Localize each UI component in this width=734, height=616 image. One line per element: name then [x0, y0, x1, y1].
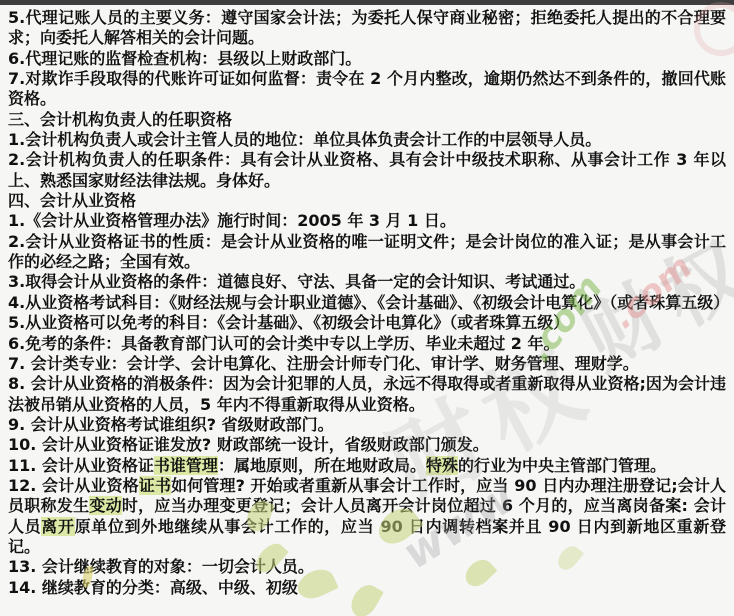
paragraph: 三、会计机构负责人的任职资格 — [8, 110, 726, 130]
paragraph: 2.会计机构负责人的任职条件：具有会计从业资格、具有会计中级技术职称、从事会计工… — [8, 150, 726, 191]
text-segment: 7. 会计类专业：会计学、会计电算化、注册会计师专门化、审计学、财务管理、理财学… — [8, 354, 639, 373]
text-segment: 的行业为中央主管部门管理。 — [458, 456, 666, 475]
paragraph: 6.免考的条件：具备教育部门认可的会计类中专以上学历、毕业未超过 2 年。 — [8, 334, 726, 354]
text-segment: 三、会计机构负责人的任职资格 — [8, 110, 232, 129]
document-body: 5.代理记账人员的主要义务：遵守国家会计法；为委托人保守商业秘密；拒绝委托人提出… — [0, 5, 734, 598]
text-segment: 1.《会计从业资格管理办法》施行时间：2005 年 3 月 1 日。 — [8, 211, 456, 230]
paragraph: 3.取得会计从业资格的条件：道德良好、守法、具备一定的会计知识、考试通过。 — [8, 272, 726, 292]
paragraph: 10. 会计从业资格证谁发放? 财政部统一设计，省级财政部门颁发。 — [8, 435, 726, 455]
paragraph: 4.从业资格考试科目：《财经法规与会计职业道德》、《会计基础》、《初级会计电算化… — [8, 293, 726, 313]
paragraph: 13. 会计继续教育的对象：一切会计人员。 — [8, 557, 726, 577]
text-segment: 7.对欺诈手段取得的代账许可证如何监督：责令在 2 个月内整改，逾期仍然达不到条… — [8, 69, 726, 108]
highlighted-text: 变动 — [89, 496, 122, 515]
text-segment: 8. 会计从业资格的消极条件：因为会计犯罪的人员，永远不得取得或者重新取得从业资… — [8, 374, 726, 413]
paragraph: 四、会计从业资格 — [8, 191, 726, 211]
highlighted-text: 证书 — [139, 476, 171, 495]
paragraph: 7.对欺诈手段取得的代账许可证如何监督：责令在 2 个月内整改，逾期仍然达不到条… — [8, 69, 726, 110]
paragraph: 1.《会计从业资格管理办法》施行时间：2005 年 3 月 1 日。 — [8, 211, 726, 231]
text-segment: 6.免考的条件：具备教育部门认可的会计类中专以上学历、毕业未超过 2 年。 — [8, 334, 560, 353]
paragraph: 9. 会计从业资格考试谁组织? 省级财政部门。 — [8, 415, 726, 435]
text-segment: ：属地原则，所在地财政局。 — [218, 456, 426, 475]
text-segment: 6.代理记账的监督检查机构：县级以上财政部门。 — [8, 49, 361, 68]
text-segment: 11. 会计从业资格证 — [8, 456, 154, 475]
text-segment: 12. 会计从业资格 — [8, 476, 139, 495]
paragraph: 5.从业资格可以免考的科目：《会计基础》、《初级会计电算化》（或者珠算五级） — [8, 313, 726, 333]
paragraph: 7. 会计类专业：会计学、会计电算化、注册会计师专门化、审计学、财务管理、理财学… — [8, 354, 726, 374]
paragraph: 1.会计机构负责人或会计主管人员的地位：单位具体负责会计工作的中层领导人员。 — [8, 130, 726, 150]
text-segment: 14. 继续教育的分类：高级、中级、初级 — [8, 578, 298, 597]
paragraph: 6.代理记账的监督检查机构：县级以上财政部门。 — [8, 49, 726, 69]
text-segment: 原单位到外地继续从事会计工作的，应当 90 日内调转档案并且 90 日内到新地区… — [8, 517, 726, 556]
paragraph: 5.代理记账人员的主要义务：遵守国家会计法；为委托人保守商业秘密；拒绝委托人提出… — [8, 8, 726, 49]
text-segment: 5.代理记账人员的主要义务：遵守国家会计法；为委托人保守商业秘密；拒绝委托人提出… — [8, 8, 726, 47]
paragraph: 12. 会计从业资格证书如何管理? 开始或者重新从事会计工作时，应当 90 日内… — [8, 476, 726, 557]
text-segment: 2.会计机构负责人的任职条件：具有会计从业资格、具有会计中级技术职称、从事会计工… — [8, 150, 726, 189]
text-segment: 13. 会计继续教育的对象：一切会计人员。 — [8, 557, 314, 576]
highlighted-text: 离开 — [41, 517, 74, 536]
text-segment: 4.从业资格考试科目：《财经法规与会计职业道德》、《会计基础》、《初级会计电算化… — [8, 293, 729, 312]
text-segment: 5.从业资格可以免考的科目：《会计基础》、《初级会计电算化》（或者珠算五级） — [8, 313, 569, 332]
highlighted-text: 书谁管理 — [154, 456, 218, 475]
paragraph: 11. 会计从业资格证书谁管理：属地原则，所在地财政局。特殊的行业为中央主管部门… — [8, 456, 726, 476]
text-segment: 3.取得会计从业资格的条件：道德良好、守法、具备一定的会计知识、考试通过。 — [8, 272, 585, 291]
text-segment: 10. 会计从业资格证谁发放? 财政部统一设计，省级财政部门颁发。 — [8, 435, 489, 454]
document-page: 5.代理记账人员的主要义务：遵守国家会计法；为委托人保守商业秘密；拒绝委托人提出… — [0, 0, 734, 616]
paragraph: 8. 会计从业资格的消极条件：因为会计犯罪的人员，永远不得取得或者重新取得从业资… — [8, 374, 726, 415]
text-segment: 四、会计从业资格 — [8, 191, 136, 210]
text-segment: 9. 会计从业资格考试谁组织? 省级财政部门。 — [8, 415, 334, 434]
paragraph: 14. 继续教育的分类：高级、中级、初级 — [8, 578, 726, 598]
highlighted-text: 特殊 — [426, 456, 458, 475]
text-segment: 1.会计机构负责人或会计主管人员的地位：单位具体负责会计工作的中层领导人员。 — [8, 130, 601, 149]
text-segment: 2.会计从业资格证书的性质：是会计从业资格的唯一证明文件；是会计岗位的准入证；是… — [8, 232, 726, 271]
paragraph: 2.会计从业资格证书的性质：是会计从业资格的唯一证明文件；是会计岗位的准入证；是… — [8, 232, 726, 273]
